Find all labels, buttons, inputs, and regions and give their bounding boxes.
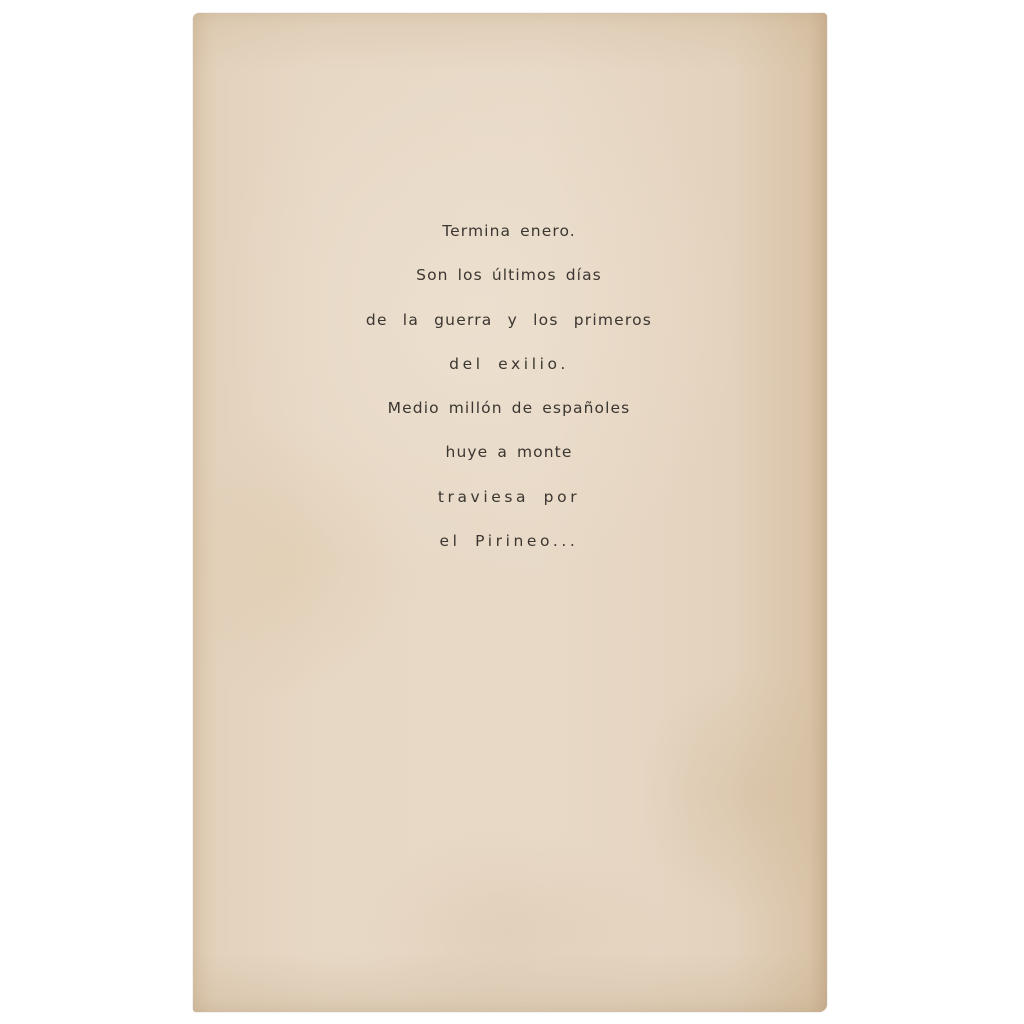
blurb-line: huye a monte bbox=[192, 430, 826, 474]
book-back-cover: Termina enero. Son los últimos días de l… bbox=[193, 13, 827, 1012]
blurb-line: Son los últimos días bbox=[192, 253, 826, 297]
blurb-line: traviesa por bbox=[192, 475, 826, 519]
blurb-line: Medio millón de españoles bbox=[192, 386, 826, 430]
blurb-line: el Pirineo... bbox=[192, 519, 826, 563]
blurb-text: Termina enero. Son los últimos días de l… bbox=[193, 209, 827, 563]
blurb-line: de la guerra y los primeros bbox=[192, 298, 826, 342]
blurb-line: Termina enero. bbox=[192, 209, 826, 253]
blurb-line: del exilio. bbox=[192, 342, 826, 386]
